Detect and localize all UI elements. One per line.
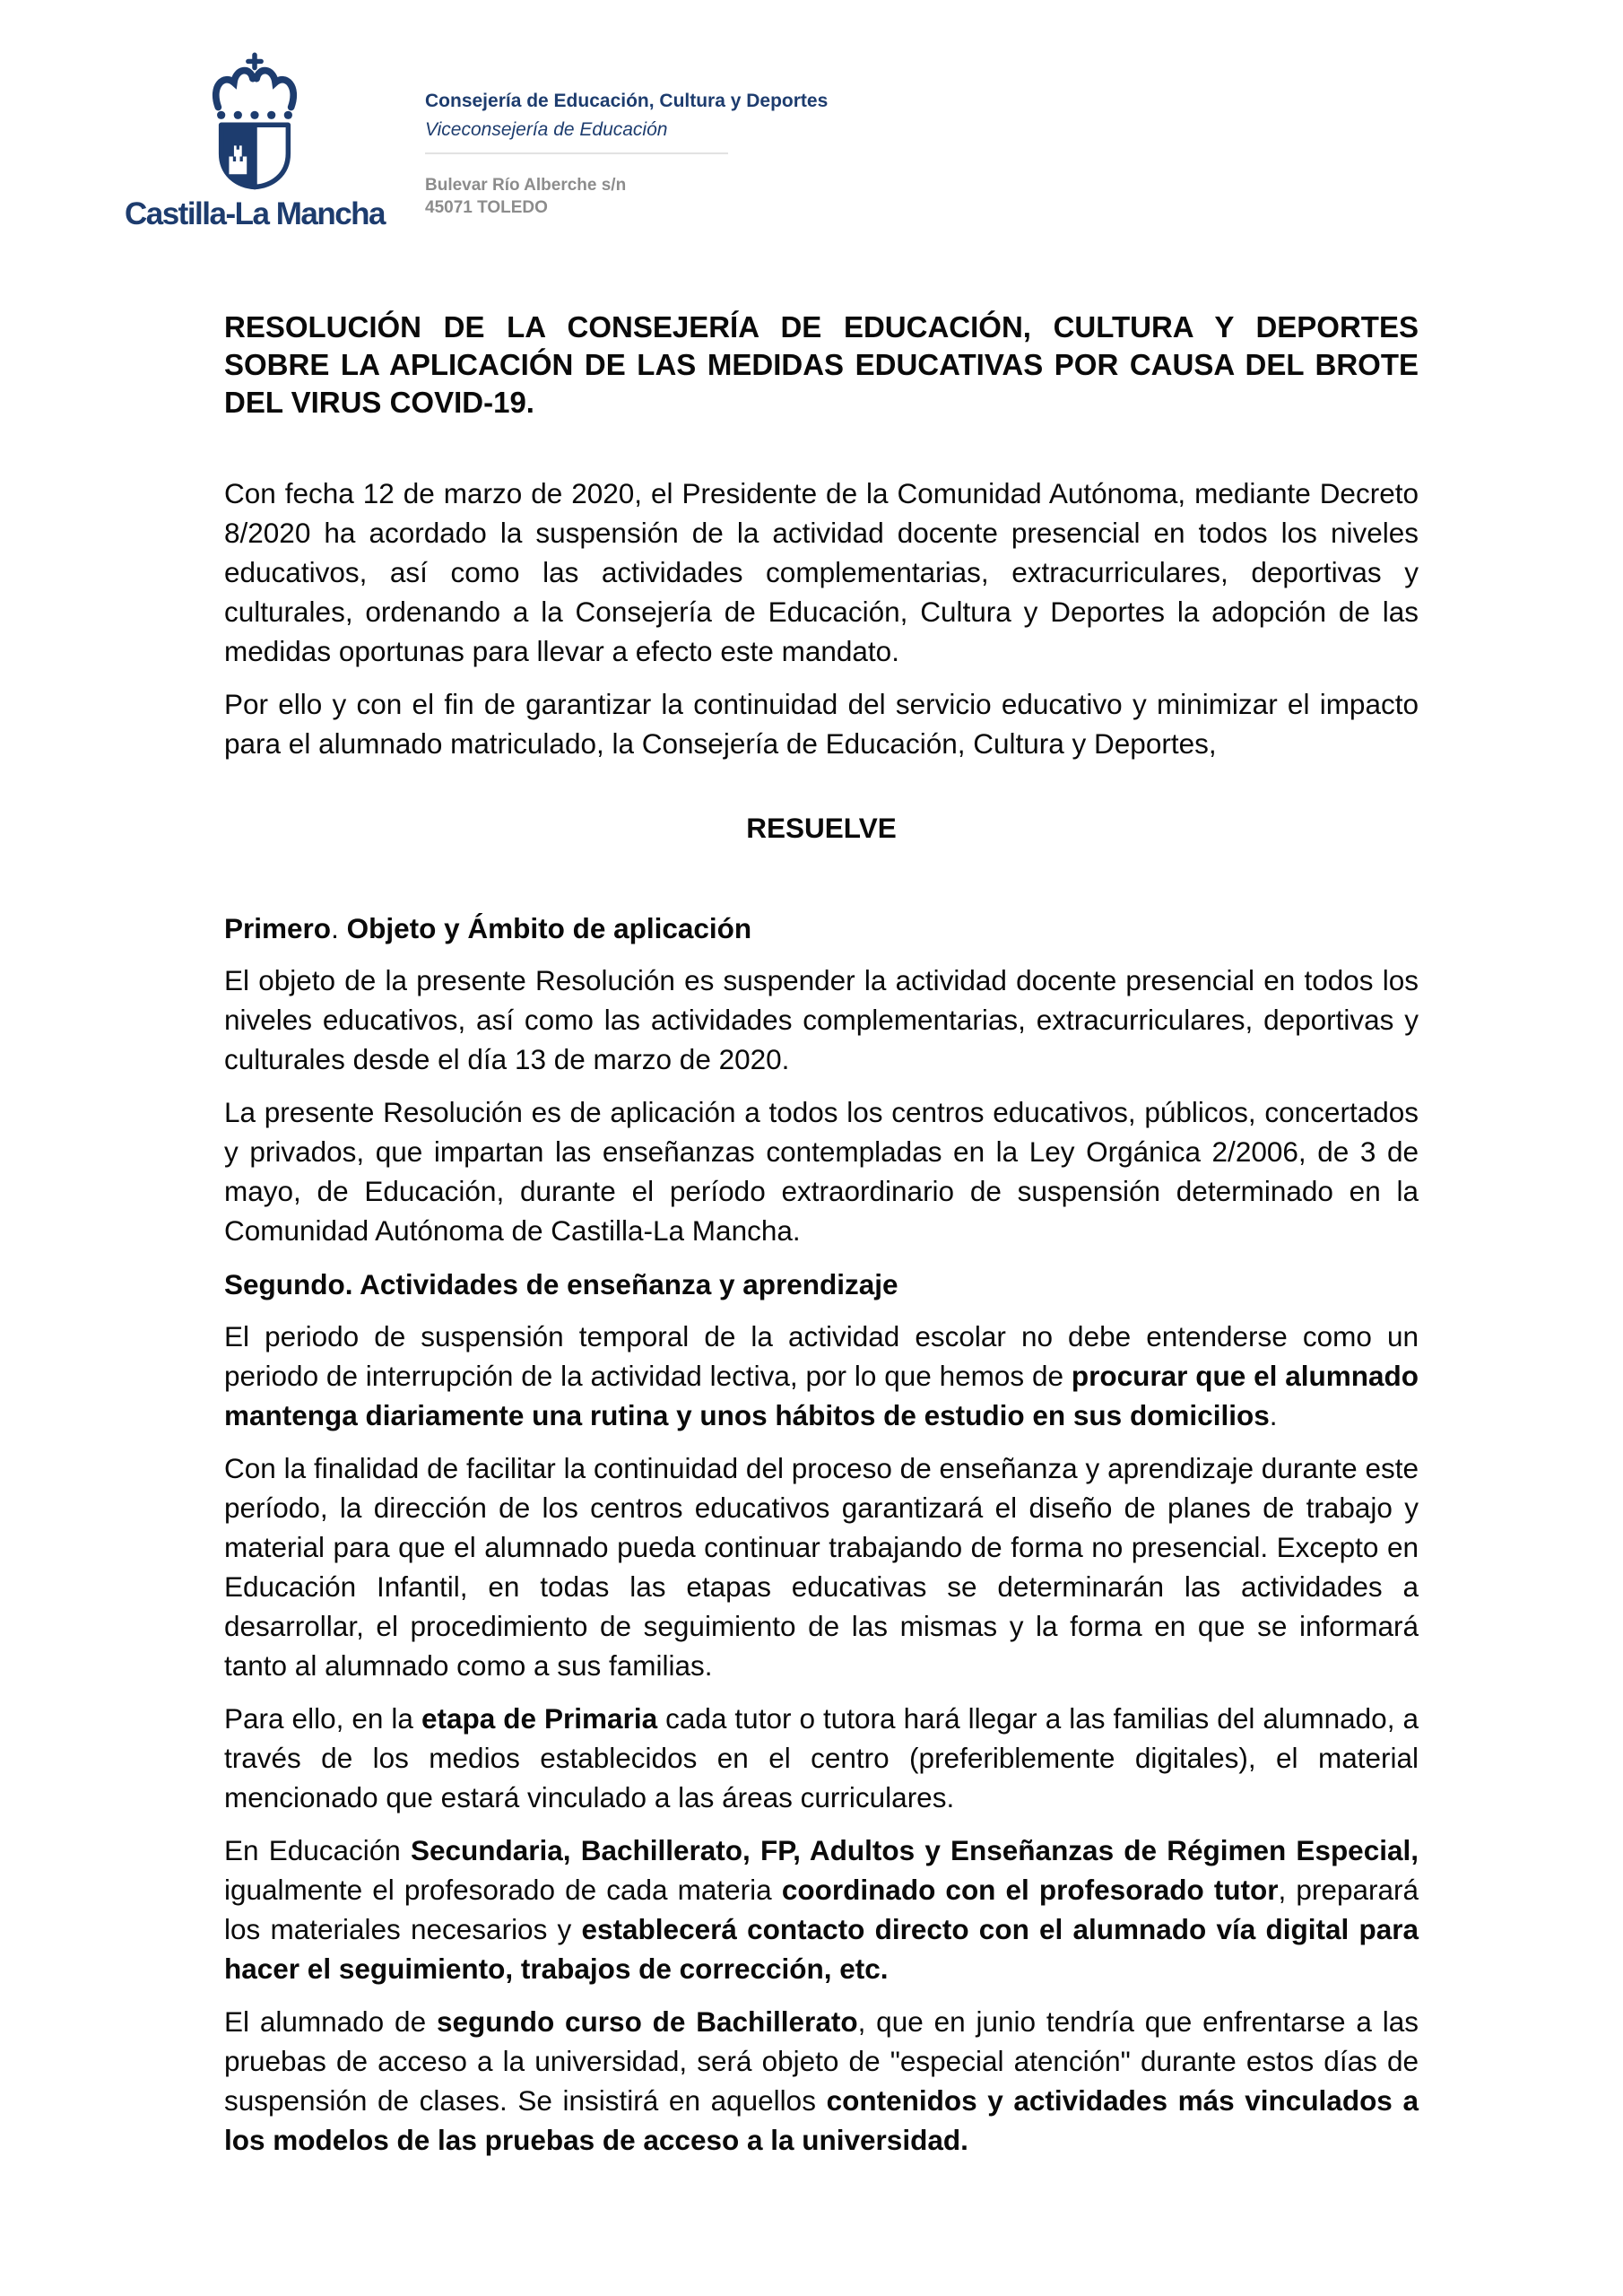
text-run: . <box>1270 1399 1278 1431</box>
text-run: Por ello y con el fin de garantizar la c… <box>224 688 1419 760</box>
paragraph-container: Con fecha 12 de marzo de 2020, el Presid… <box>224 474 1419 2160</box>
text-run: . <box>331 912 347 944</box>
text-run: Con la finalidad de facilitar la continu… <box>224 1452 1419 1682</box>
text-run-bold: Segundo. Actividades de enseñanza y apre… <box>224 1268 898 1300</box>
org-subname: Viceconsejería de Educación <box>425 118 828 142</box>
org-address: Bulevar Río Alberche s/n 45071 TOLEDO <box>425 174 828 219</box>
text-run: El objeto de la presente Resolución es s… <box>224 964 1419 1075</box>
document-content: RESOLUCIÓN DE LA CONSEJERÍA DE EDUCACIÓN… <box>224 309 1419 2173</box>
text-run-bold: Objeto y Ámbito de aplicación <box>347 912 752 944</box>
text-run: Con fecha 12 de marzo de 2020, el Presid… <box>224 477 1419 667</box>
text-run: igualmente el profesorado de cada materi… <box>224 1874 782 1906</box>
text-run-bold: coordinado con el profesorado tutor <box>782 1874 1279 1906</box>
text-run-bold: Secundaria, Bachillerato, FP, Adultos y … <box>411 1834 1419 1866</box>
text-run: El alumnado de <box>224 2005 437 2038</box>
org-name: Consejería de Educación, Cultura y Depor… <box>425 90 828 113</box>
castilla-la-mancha-emblem-icon <box>205 52 304 192</box>
paragraph: El periodo de suspensión temporal de la … <box>224 1317 1419 1435</box>
org-block: Consejería de Educación, Cultura y Depor… <box>425 90 828 219</box>
paragraph: El alumnado de segundo curso de Bachille… <box>224 2002 1419 2160</box>
address-line-2: 45071 TOLEDO <box>425 196 828 219</box>
paragraph: En Educación Secundaria, Bachillerato, F… <box>224 1831 1419 1988</box>
paragraph: El objeto de la presente Resolución es s… <box>224 961 1419 1079</box>
document-title: RESOLUCIÓN DE LA CONSEJERÍA DE EDUCACIÓN… <box>224 309 1419 422</box>
paragraph: La presente Resolución es de aplicación … <box>224 1092 1419 1250</box>
document-page: Castilla-La Mancha Consejería de Educaci… <box>0 0 1623 2296</box>
text-run: Para ello, en la <box>224 1702 421 1735</box>
logo-block: Castilla-La Mancha <box>97 52 412 231</box>
region-name: Castilla-La Mancha <box>97 197 412 231</box>
paragraph: Para ello, en la etapa de Primaria cada … <box>224 1699 1419 1817</box>
text-run: En Educación <box>224 1834 411 1866</box>
section-heading: Segundo. Actividades de enseñanza y apre… <box>224 1265 1419 1304</box>
header-divider <box>425 152 728 154</box>
text-run-bold: RESUELVE <box>746 812 896 844</box>
text-run: La presente Resolución es de aplicación … <box>224 1096 1419 1247</box>
paragraph: Con fecha 12 de marzo de 2020, el Presid… <box>224 474 1419 671</box>
paragraph: Con la finalidad de facilitar la continu… <box>224 1448 1419 1685</box>
address-line-1: Bulevar Río Alberche s/n <box>425 174 828 196</box>
paragraph: Por ello y con el fin de garantizar la c… <box>224 684 1419 763</box>
text-run-bold: segundo curso de Bachillerato <box>437 2005 858 2038</box>
text-run-bold: etapa de Primaria <box>421 1702 657 1735</box>
text-run-bold: Primero <box>224 912 331 944</box>
section-heading: Primero. Objeto y Ámbito de aplicación <box>224 909 1419 948</box>
resolution-heading: RESUELVE <box>224 808 1419 848</box>
